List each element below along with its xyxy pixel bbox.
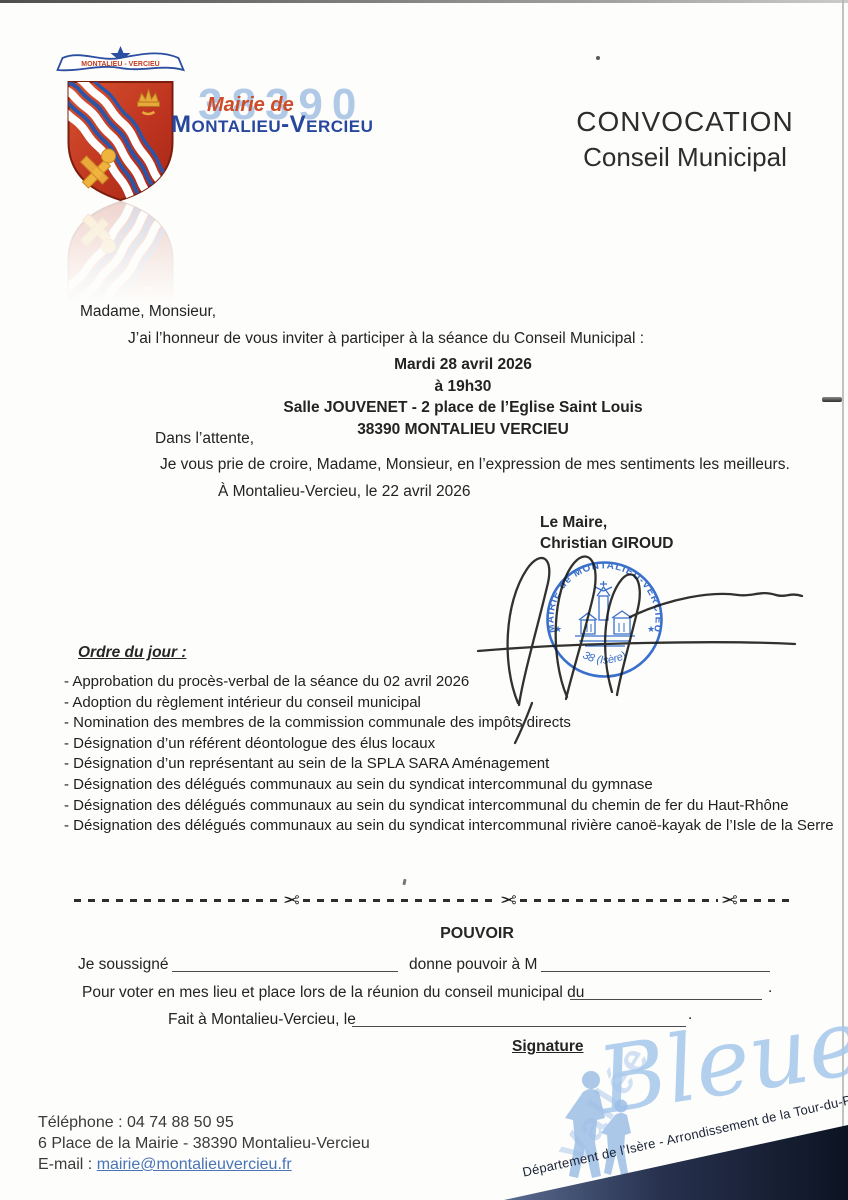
agenda-item: - Approbation du procès-verbal de la séa…: [64, 672, 834, 693]
pouvoir-line2-suffix: .: [768, 979, 772, 997]
banner-ribbon: MONTALIEU - VERCIEU: [58, 46, 184, 70]
meeting-place: Salle JOUVENET - 2 place de l’Eglise Sai…: [63, 397, 848, 419]
pouvoir-line1-prefix: Je soussigné: [78, 956, 168, 974]
document-subtitle: Conseil Municipal: [540, 142, 830, 173]
dashed-line-segment: [740, 899, 792, 902]
dashed-line-segment: [74, 899, 280, 902]
cut-here-line: ✂ ✂ ✂: [74, 888, 814, 912]
footer-phone: Téléphone : 04 74 88 50 95: [38, 1112, 370, 1133]
agenda-item: - Adoption du règlement intérieur du con…: [64, 693, 834, 714]
signer-title: Le Maire,: [540, 512, 673, 533]
blank-delegate-field[interactable]: [541, 971, 770, 972]
meeting-details-block: Mardi 28 avril 2026 à 19h30 Salle JOUVEN…: [63, 354, 848, 440]
pouvoir-line3-suffix: .: [688, 1006, 692, 1024]
blank-date-field[interactable]: [570, 999, 762, 1000]
signature-label: Signature: [512, 1038, 583, 1056]
footer-contact-block: Téléphone : 04 74 88 50 95 6 Place de la…: [38, 1112, 370, 1175]
meeting-date: Mardi 28 avril 2026: [63, 354, 848, 376]
banner-text: MONTALIEU - VERCIEU: [81, 61, 159, 68]
signer-block: Le Maire, Christian GIROUD: [540, 512, 673, 554]
agenda-item: - Désignation des délégués communaux au …: [64, 816, 834, 837]
intro-sentence: J’ai l’honneur de vous inviter à partici…: [128, 330, 644, 348]
scan-dot-artifact: [596, 56, 600, 60]
scanned-letter-page: MONTALIEU - VERCIEU 38390 Mairie de Mont…: [0, 0, 848, 1200]
dashed-line-segment: [520, 899, 718, 902]
dashed-line-segment: [303, 899, 497, 902]
closing-sentence: Je vous prie de croire, Madame, Monsieur…: [160, 456, 790, 474]
agenda-item: - Nomination des membres de la commissio…: [64, 713, 834, 734]
meeting-time: à 19h30: [63, 376, 848, 398]
org-name: Montalieu-Vercieu: [171, 111, 373, 139]
document-title: CONVOCATION: [540, 106, 830, 138]
blank-name-field[interactable]: [172, 971, 398, 972]
footer-email-link[interactable]: mairie@montalieuvercieu.fr: [97, 1156, 292, 1173]
footer-email-label: E-mail :: [38, 1156, 92, 1173]
salutation: Madame, Monsieur,: [80, 303, 216, 321]
agenda-item: - Désignation d’un représentant au sein …: [64, 754, 834, 775]
pouvoir-line1-middle: donne pouvoir à M: [409, 956, 537, 974]
document-title-block: CONVOCATION Conseil Municipal: [540, 106, 830, 173]
attente-line: Dans l’attente,: [155, 430, 254, 448]
scissors-icon: ✂: [721, 890, 738, 910]
agenda-list: - Approbation du procès-verbal de la séa…: [64, 672, 834, 837]
blank-signing-date-field[interactable]: [352, 1026, 686, 1027]
footer-email-line: E-mail : mairie@montalieuvercieu.fr: [38, 1154, 370, 1175]
scan-edge-artifact-top: [0, 0, 848, 3]
town-coat-of-arms-logo: MONTALIEU - VERCIEU: [48, 44, 193, 334]
scissors-icon: ✂: [500, 890, 517, 910]
pouvoir-line3-text: Fait à Montalieu-Vercieu, le: [168, 1011, 356, 1029]
agenda-heading: Ordre du jour :: [78, 644, 187, 662]
pouvoir-heading: POUVOIR: [77, 925, 848, 943]
agenda-item: - Désignation des délégués communaux au …: [64, 796, 834, 817]
scissors-icon: ✂: [283, 890, 300, 910]
signer-name: Christian GIROUD: [540, 533, 673, 554]
agenda-item: - Désignation des délégués communaux au …: [64, 775, 834, 796]
pouvoir-line2-text: Pour voter en mes lieu et place lors de …: [82, 984, 584, 1002]
agenda-item: - Désignation d’un référent déontologue …: [64, 734, 834, 755]
place-date-line: À Montalieu-Vercieu, le 22 avril 2026: [218, 483, 470, 501]
scan-tick-artifact: [402, 879, 406, 885]
footer-address: 6 Place de la Mairie - 38390 Montalieu-V…: [38, 1133, 370, 1154]
